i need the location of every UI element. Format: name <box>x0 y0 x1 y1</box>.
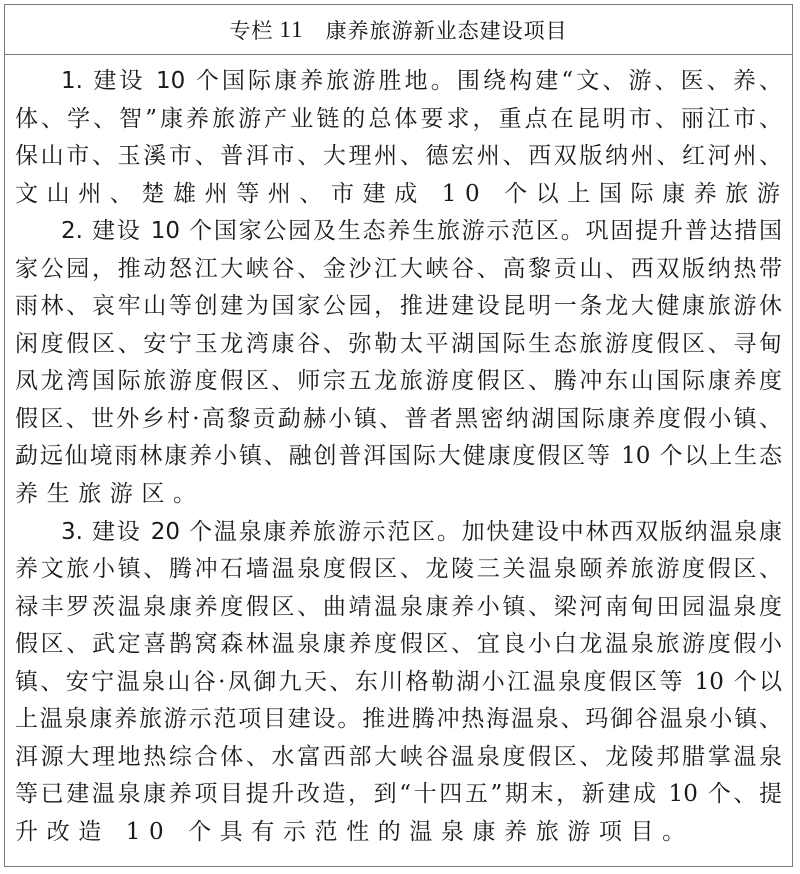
section-1-heading: 建设 10 个国际康养旅游胜地。 <box>93 68 457 94</box>
section-3-line-3: 禄丰罗茨温泉康养度假区、曲靖温泉康养小镇、梁河南甸田园温泉度 <box>15 589 782 625</box>
section-3-line-2: 养文旅小镇、腾冲石墙温泉度假区、龙陵三关温泉颐养旅游度假区、 <box>15 551 782 587</box>
section-2-line-2: 家公园，推动怒江大峡谷、金沙江大峡谷、高黎贡山、西双版纳热带 <box>15 251 782 287</box>
section-2-index: 2. <box>61 218 83 244</box>
column-header: 专栏 11 康养旅游新业态建设项目 <box>5 5 792 55</box>
section-3-line-5: 镇、安宁温泉山谷·凤御九天、东川格勒湖小江温泉度假区等 10 个以 <box>15 664 782 700</box>
section-3-index: 3. <box>61 519 83 545</box>
column-title: 康养旅游新业态建设项目 <box>326 15 568 45</box>
section-2-line-6: 假区、世外乡村·高黎贡勐赫小镇、普者黑密纳湖国际康养度假小镇、 <box>15 401 782 437</box>
section-1-line-4: 文山州、楚雄州等州、市建成 10 个以上国际康养旅游胜地。 <box>15 176 782 212</box>
column-label: 专栏 <box>229 15 273 45</box>
column-box: 专栏 11 康养旅游新业态建设项目 1. 建设 10 个国际康养旅游胜地。围绕构… <box>4 4 793 867</box>
column-body: 1. 建设 10 个国际康养旅游胜地。围绕构建“文、游、医、养、 体、学、智”康… <box>15 63 782 851</box>
section-2-line-4: 闲度假区、安宁玉龙湾康谷、弥勒太平湖国际生态旅游度假区、寻甸 <box>15 326 782 362</box>
section-1-line-3: 保山市、玉溪市、普洱市、大理州、德宏州、西双版纳州、红河州、 <box>15 138 782 174</box>
section-1-line-2: 体、学、智”康养旅游产业链的总体要求，重点在昆明市、丽江市、 <box>15 101 782 137</box>
section-3-line-6: 上温泉康养旅游示范项目建设。推进腾冲热海温泉、玛御谷温泉小镇、 <box>15 701 782 737</box>
section-3-line-1: 3. 建设 20 个温泉康养旅游示范区。加快建设中林西双版纳温泉康 <box>15 514 782 550</box>
section-3-heading: 建设 20 个温泉康养旅游示范区。 <box>92 519 462 545</box>
section-3-line-9: 升改造 10 个具有示范性的温泉康养旅游项目。 <box>15 814 782 850</box>
column-number: 11 <box>279 17 303 43</box>
section-1-index: 1. <box>61 68 83 94</box>
section-3-line-4: 假区、武定喜鹊窝森林温泉康养度假区、宜良小白龙温泉旅游度假小 <box>15 626 782 662</box>
section-2-line-1: 2. 建设 10 个国家公园及生态养生旅游示范区。巩固提升普达措国 <box>15 213 782 249</box>
section-2-line-5: 凤龙湾国际旅游度假区、师宗五龙旅游度假区、腾冲东山国际康养度 <box>15 363 782 399</box>
section-2-line-8: 养生旅游区。 <box>15 476 782 512</box>
section-2-line-7: 勐远仙境雨林康养小镇、融创普洱国际大健康度假区等 10 个以上生态 <box>15 438 782 474</box>
section-1-line-1: 1. 建设 10 个国际康养旅游胜地。围绕构建“文、游、医、养、 <box>15 63 782 99</box>
section-3-line-7: 洱源大理地热综合体、水富西部大峡谷温泉度假区、龙陵邦腊掌温泉 <box>15 739 782 775</box>
section-2-line-3: 雨林、哀牢山等创建为国家公园，推进建设昆明一条龙大健康旅游休 <box>15 288 782 324</box>
section-2-heading: 建设 10 个国家公园及生态养生旅游示范区。 <box>92 218 586 244</box>
section-3-line-8: 等已建温泉康养项目提升改造，到“十四五”期末，新建成 10 个、提 <box>15 776 782 812</box>
